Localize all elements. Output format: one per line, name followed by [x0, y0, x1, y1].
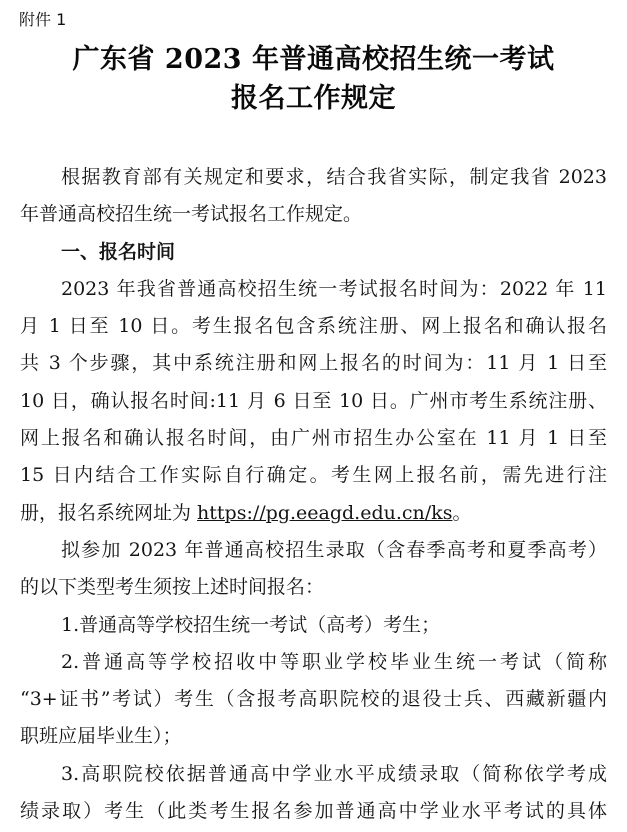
- intro-paragraph-line: 根据教育部有关规定和要求，结合我省实际，制定我省 2023: [20, 159, 607, 196]
- applicant-types-line: 的以下类型考生须按上述时间报名：: [20, 569, 607, 606]
- document-body: 根据教育部有关规定和要求，结合我省实际，制定我省 2023 年普通高校招生统一考…: [20, 159, 607, 830]
- list-item-2-line: 职班应届毕业生）；: [20, 718, 607, 755]
- registration-time-line: 10 日，确认报名时间:11 月 6 日至 10 日。广州市考生系统注册、: [20, 383, 607, 420]
- link-suffix-text: 。: [452, 502, 471, 524]
- registration-time-line: 共 3 个步骤，其中系统注册和网上报名的时间为：11 月 1 日至: [20, 345, 607, 382]
- list-item-2-line: “3+证书”考试）考生（含报考高职院校的退役士兵、西藏新疆内: [20, 681, 607, 718]
- list-item-1: 1.普通高等学校招生统一考试（高考）考生；: [20, 607, 607, 644]
- applicant-types-line: 拟参加 2023 年普通高校招生录取（含春季高考和夏季高考）: [20, 532, 607, 569]
- document-title-line-2: 报名工作规定: [0, 82, 627, 116]
- registration-time-line-with-link: 册，报名系统网址为 https://pg.eeagd.edu.cn/ks。: [20, 495, 607, 532]
- list-item-3-line: 3.高职院校依据普通高中学业水平成绩录取（简称依学考成: [20, 756, 607, 793]
- list-item-3-line: 绩录取）考生（此类考生报名参加普通高中学业水平考试的具体: [20, 793, 607, 830]
- document-page: 附件 1 广东省 2023 年普通高校招生统一考试 报名工作规定 根据教育部有关…: [0, 0, 627, 832]
- registration-time-line: 15 日内结合工作实际自行确定。考生网上报名前，需先进行注: [20, 457, 607, 494]
- intro-paragraph-line: 年普通高校招生统一考试报名工作规定。: [20, 196, 607, 233]
- attachment-label: 附件 1: [19, 9, 66, 31]
- document-title-line-1: 广东省 2023 年普通高校招生统一考试: [0, 43, 627, 77]
- list-item-2-line: 2.普通高等学校招收中等职业学校毕业生统一考试（简称: [20, 644, 607, 681]
- registration-time-line: 月 1 日至 10 日。考生报名包含系统注册、网上报名和确认报名: [20, 308, 607, 345]
- registration-time-line: 网上报名和确认报名时间，由广州市招生办公室在 11 月 1 日至: [20, 420, 607, 457]
- registration-system-link[interactable]: https://pg.eeagd.edu.cn/ks: [197, 502, 452, 524]
- link-prefix-text: 册，报名系统网址为: [20, 502, 197, 524]
- registration-time-line: 2023 年我省普通高校招生统一考试报名时间为：2022 年 11: [20, 271, 607, 308]
- section-heading-registration-time: 一、报名时间: [20, 234, 607, 271]
